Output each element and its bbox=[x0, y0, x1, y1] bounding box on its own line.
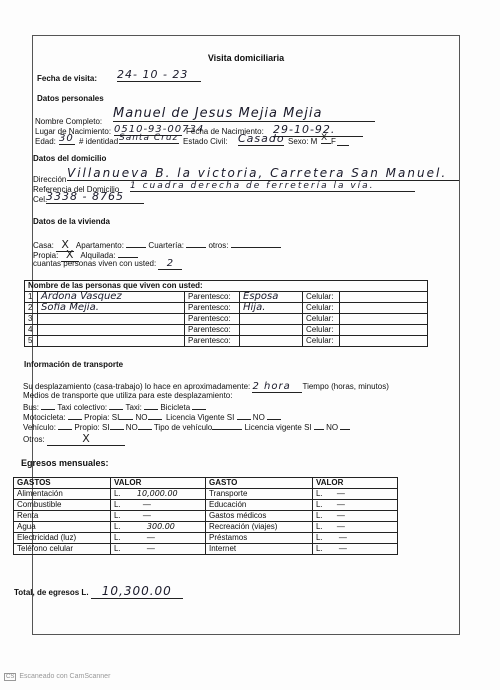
phone-value[interactable]: 3338 - 8765 bbox=[46, 190, 144, 204]
name-value[interactable]: Manuel de Jesus Mejia Mejia bbox=[113, 106, 375, 122]
sex-f-blank[interactable] bbox=[337, 137, 349, 146]
reference-value[interactable]: 1 cuadra derecha de ferretería la vía. bbox=[130, 181, 415, 192]
table-row: Combustible L. — Educación L. — bbox=[14, 500, 398, 511]
section-personal-heading: Datos personales bbox=[37, 94, 104, 103]
expense-value-cell[interactable]: L. — bbox=[313, 544, 398, 555]
expense-value-cell[interactable]: L. — bbox=[313, 489, 398, 500]
table-row: Electricidad (luz) L. — Préstamos L. — bbox=[14, 533, 398, 544]
age-value[interactable]: 30 bbox=[59, 133, 75, 145]
form-title: Visita domiciliaria bbox=[33, 53, 459, 63]
person-name[interactable] bbox=[38, 336, 185, 347]
table-row: 4 Parentesco: Celular: bbox=[25, 325, 428, 336]
section-expenses-heading: Egresos mensuales: bbox=[21, 458, 109, 468]
person-relation[interactable] bbox=[240, 325, 303, 336]
commute-label: Su desplazamiento (casa-trabajo) lo hace… bbox=[23, 382, 250, 391]
sex-label: Sexo: M bbox=[288, 137, 317, 146]
table-row: 3 Parentesco: Celular: bbox=[25, 314, 428, 325]
person-name[interactable]: Ardona Vasquez bbox=[38, 292, 185, 303]
expense-value-cell[interactable]: L. 300.00 bbox=[111, 522, 206, 533]
address-label: Dirección bbox=[33, 175, 66, 184]
moto-propia-no-blank[interactable] bbox=[148, 411, 162, 420]
name-label: Nombre Completo: bbox=[35, 117, 102, 126]
expense-value-cell[interactable]: L. — bbox=[111, 500, 206, 511]
transport-otros-mark[interactable]: X bbox=[47, 432, 125, 446]
vehiculo-blank[interactable] bbox=[58, 421, 72, 430]
person-phone[interactable] bbox=[340, 325, 428, 336]
camscanner-logo-icon: CS bbox=[4, 673, 16, 681]
sex-f-label: F bbox=[331, 137, 336, 146]
otros-blank[interactable] bbox=[231, 239, 281, 248]
birthdate-value[interactable]: 29-10-92. bbox=[273, 123, 363, 137]
scanner-watermark: CSEscaneado con CamScanner bbox=[4, 673, 110, 681]
commute-value[interactable]: 2 hora bbox=[252, 381, 302, 393]
vehiculo-licencia-si-blank[interactable] bbox=[314, 421, 324, 430]
age-label: Edad: bbox=[35, 137, 56, 146]
person-name[interactable]: Sofia Mejia. bbox=[38, 303, 185, 314]
expense-value-cell[interactable]: L. — bbox=[111, 511, 206, 522]
section-domicile-heading: Datos del domicilio bbox=[33, 154, 106, 163]
apartamento-blank[interactable] bbox=[126, 239, 146, 248]
vehiculo-tipo-blank[interactable] bbox=[212, 421, 242, 430]
total-line: Total, de egresos L. 10,300.00 bbox=[14, 584, 183, 599]
address-value[interactable]: Villanueva B. la victoria, Carretera San… bbox=[67, 166, 459, 181]
housing-line-3: cuantas personas viven con usted: 2 bbox=[33, 258, 182, 270]
moto-propia-si-blank[interactable] bbox=[119, 411, 133, 420]
expense-value-cell[interactable]: L. 10,000.00 bbox=[111, 489, 206, 500]
table-row: Alimentación L. 10,000.00 Transporte L. … bbox=[14, 489, 398, 500]
expense-value-cell[interactable]: L. — bbox=[111, 533, 206, 544]
people-table: Nombre de las personas que viven con ust… bbox=[24, 280, 428, 347]
people-count-label: cuantas personas viven con usted: bbox=[33, 259, 156, 268]
person-relation[interactable] bbox=[240, 336, 303, 347]
person-phone[interactable] bbox=[340, 292, 428, 303]
person-phone[interactable] bbox=[340, 303, 428, 314]
person-name[interactable] bbox=[38, 314, 185, 325]
watermark-text: Escaneado con CamScanner bbox=[19, 673, 110, 680]
table-row: Renta L. — Gastos médicos L. — bbox=[14, 511, 398, 522]
sex-m-mark[interactable]: X bbox=[321, 133, 331, 144]
expenses-table: GASTOS VALOR GASTO VALOR Alimentación L.… bbox=[13, 477, 398, 555]
people-table-header: Nombre de las personas que viven con ust… bbox=[25, 281, 428, 292]
otros-label: otros: bbox=[208, 241, 228, 250]
table-row: Teléfono celular L. — Internet L. — bbox=[14, 544, 398, 555]
vehiculo-propio-no-blank[interactable] bbox=[138, 421, 152, 430]
person-phone[interactable] bbox=[340, 314, 428, 325]
commute-suffix: Tiempo (horas, minutos) bbox=[302, 382, 388, 391]
person-relation[interactable] bbox=[240, 314, 303, 325]
civil-status-value[interactable]: Casado bbox=[238, 132, 284, 146]
person-relation[interactable]: Esposa bbox=[240, 292, 303, 303]
table-row: 2 Sofia Mejia. Parentesco: Hija. Celular… bbox=[25, 303, 428, 314]
id-label: # identidad bbox=[79, 137, 118, 146]
vehiculo-propio-si-blank[interactable] bbox=[110, 421, 124, 430]
person-relation[interactable]: Hija. bbox=[240, 303, 303, 314]
expense-value-cell[interactable]: L. — bbox=[313, 533, 398, 544]
person-phone[interactable] bbox=[340, 336, 428, 347]
transport-line-3: Vehículo: Propio: SI NO Tipo de vehículo… bbox=[23, 421, 350, 432]
id-value[interactable]: Santa Cruz bbox=[119, 133, 179, 144]
taxi-colectivo-blank[interactable] bbox=[109, 401, 123, 410]
moto-licencia-si-blank[interactable] bbox=[237, 411, 251, 420]
person-name[interactable] bbox=[38, 325, 185, 336]
expense-value-cell[interactable]: L. — bbox=[111, 544, 206, 555]
people-count-value[interactable]: 2 bbox=[158, 258, 182, 270]
vehiculo-licencia-no-blank[interactable] bbox=[340, 421, 350, 430]
visit-date-label: Fecha de visita: bbox=[37, 74, 97, 83]
bicicleta-blank[interactable] bbox=[192, 401, 206, 410]
moto-blank[interactable] bbox=[68, 411, 82, 420]
expense-value-cell[interactable]: L. — bbox=[313, 500, 398, 511]
expense-value-cell[interactable]: L. — bbox=[313, 511, 398, 522]
moto-licencia-no-blank[interactable] bbox=[267, 411, 281, 420]
taxi-blank[interactable] bbox=[144, 401, 158, 410]
means-label: Medios de transporte que utiliza para es… bbox=[23, 391, 232, 400]
civil-status-label: Estado Civil: bbox=[183, 137, 227, 146]
table-row: Agua L. 300.00 Recreación (viajes) L. — bbox=[14, 522, 398, 533]
bus-blank[interactable] bbox=[41, 401, 55, 410]
table-row: 5 Parentesco: Celular: bbox=[25, 336, 428, 347]
expense-value-cell[interactable]: L. — bbox=[313, 522, 398, 533]
table-row: 1 Ardona Vasquez Parentesco: Esposa Celu… bbox=[25, 292, 428, 303]
section-housing-heading: Datos de la vivienda bbox=[33, 217, 110, 226]
total-label: Total, de egresos L. bbox=[14, 588, 89, 597]
section-transport-heading: Información de transporte bbox=[24, 360, 123, 369]
transport-otros-line: Otros: X bbox=[23, 432, 125, 446]
form-frame: Visita domiciliaria Fecha de visita: 24-… bbox=[32, 35, 460, 635]
total-value[interactable]: 10,300.00 bbox=[91, 584, 183, 599]
cuarteria-label: Cuartería: bbox=[148, 241, 184, 250]
cuarteria-blank[interactable] bbox=[186, 239, 206, 248]
alquilada-blank[interactable] bbox=[118, 249, 138, 258]
visit-date-value[interactable]: 24- 10 - 23 bbox=[117, 68, 201, 82]
